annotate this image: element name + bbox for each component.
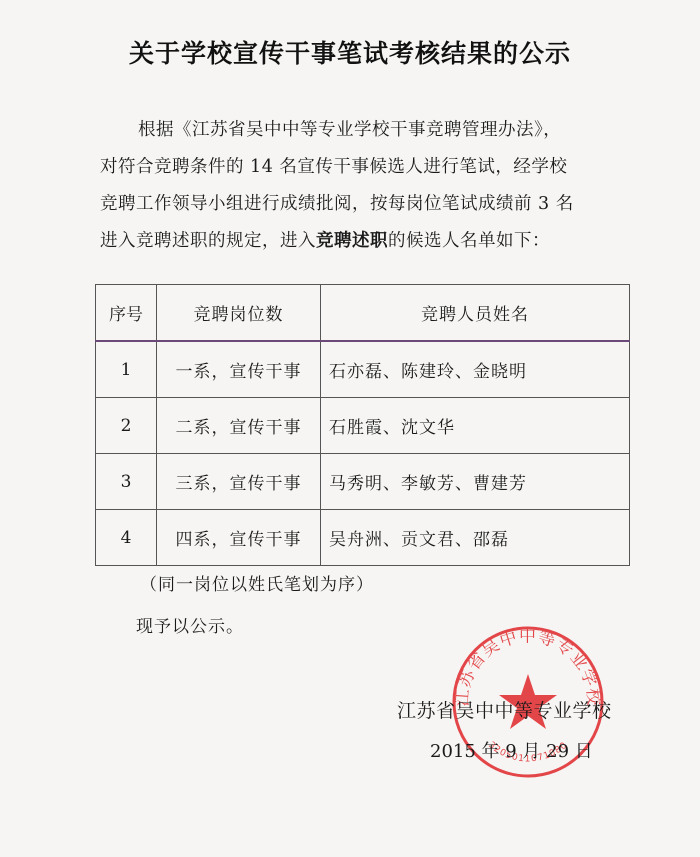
cell-names: 石亦磊、陈建玲、金晓明: [321, 341, 630, 398]
cell-names: 马秀明、李敏芳、曹建芳: [321, 454, 630, 510]
body-line: 竞聘工作领导小组进行成绩批阅，按每岗位笔试成绩前 3 名: [100, 186, 640, 223]
cell-names: 石胜霞、沈文华: [321, 398, 630, 454]
header-names: 竞聘人员姓名: [321, 285, 630, 342]
cell-position: 四系，宣传干事: [157, 510, 321, 566]
cell-names: 吴舟洲、贡文君、邵磊: [321, 510, 630, 566]
cell-number: 3: [96, 454, 157, 510]
header-number: 序号: [96, 285, 157, 342]
document-title: 关于学校宣传干事笔试考核结果的公示: [0, 34, 700, 70]
cell-number: 1: [96, 341, 157, 398]
announcement-text: 现予以公示。: [136, 612, 244, 637]
table-row: 1 一系，宣传干事 石亦磊、陈建玲、金晓明: [96, 341, 630, 398]
body-text: 的候选人名单如下：: [388, 231, 550, 251]
cell-position: 一系，宣传干事: [157, 341, 321, 398]
body-line: 对符合竞聘条件的 14 名宣传干事候选人进行笔试，经学校: [100, 149, 640, 186]
cell-number: 2: [96, 398, 157, 454]
table-header-row: 序号 竞聘岗位数 竞聘人员姓名: [96, 285, 630, 342]
document-date: 2015 年 9 月 29 日: [430, 737, 593, 763]
body-paragraph: 根据《江苏省吴中中等专业学校干事竞聘管理办法》， 对符合竞聘条件的 14 名宣传…: [100, 112, 640, 260]
cell-position: 三系，宣传干事: [157, 454, 321, 510]
body-text: 进入竞聘述职的规定，进入: [100, 231, 316, 251]
candidate-table: 序号 竞聘岗位数 竞聘人员姓名 1 一系，宣传干事 石亦磊、陈建玲、金晓明 2 …: [95, 284, 630, 566]
cell-position: 二系，宣传干事: [157, 398, 321, 454]
signing-organization: 江苏省吴中中等专业学校: [397, 696, 612, 723]
table-row: 2 二系，宣传干事 石胜霞、沈文华: [96, 398, 630, 454]
cell-number: 4: [96, 510, 157, 566]
body-line-last: 进入竞聘述职的规定，进入竞聘述职的候选人名单如下：: [100, 223, 640, 260]
body-emphasis: 竞聘述职: [316, 231, 388, 251]
ordering-note: （同一岗位以姓氏笔划为序）: [140, 570, 374, 595]
table-row: 4 四系，宣传干事 吴舟洲、贡文君、邵磊: [96, 510, 630, 566]
document-page: 关于学校宣传干事笔试考核结果的公示 根据《江苏省吴中中等专业学校干事竞聘管理办法…: [0, 0, 700, 857]
body-line: 根据《江苏省吴中中等专业学校干事竞聘管理办法》，: [100, 112, 640, 149]
header-position: 竞聘岗位数: [157, 285, 321, 342]
table-row: 3 三系，宣传干事 马秀明、李敏芳、曹建芳: [96, 454, 630, 510]
